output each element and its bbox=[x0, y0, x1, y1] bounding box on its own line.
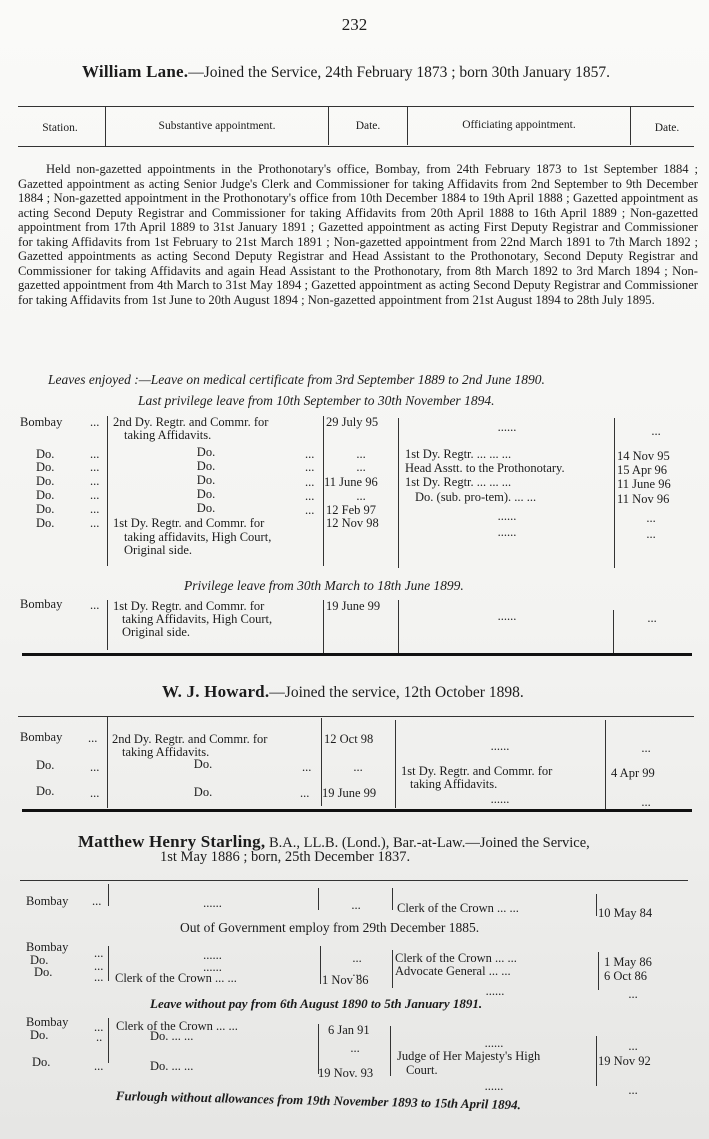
substantive-cell: Do. ... ... bbox=[150, 1060, 316, 1073]
substantive-cell: Do. bbox=[108, 488, 304, 501]
station-cell: Do. bbox=[36, 489, 54, 502]
officer-name: William Lane. bbox=[82, 62, 188, 81]
officiating-date-cell: ... bbox=[616, 612, 688, 625]
date-cell: 19 Nov. 93 bbox=[318, 1067, 373, 1080]
substantive-cell: Clerk of the Crown ... ... bbox=[115, 972, 237, 985]
date-cell: ... bbox=[324, 490, 398, 503]
leaves-enjoyed-note: Leaves enjoyed :—Leave on medical certif… bbox=[48, 372, 545, 388]
substantive-cell-cont: Original side. bbox=[124, 544, 192, 557]
station-cell: Do. bbox=[36, 759, 54, 772]
officiating-date-cell: ... bbox=[598, 1040, 668, 1053]
officiating-date-cell: 19 Nov 92 bbox=[598, 1055, 651, 1068]
officiating-date-cell: 14 Nov 95 bbox=[617, 450, 670, 463]
date-cell: ... bbox=[322, 761, 394, 774]
column-header-officiating-date: Date. bbox=[632, 122, 702, 134]
date-cell: 29 July 95 bbox=[326, 416, 378, 429]
column-header-station: Station. bbox=[24, 122, 96, 134]
date-cell: 19 June 99 bbox=[326, 600, 380, 613]
column-divider bbox=[598, 952, 599, 990]
column-header-officiating: Officiating appointment. bbox=[408, 119, 630, 131]
station-cell: Do. bbox=[36, 475, 54, 488]
page-number: 232 bbox=[0, 15, 709, 35]
column-divider bbox=[398, 418, 399, 568]
column-divider bbox=[392, 888, 393, 910]
station-cell: Do. bbox=[36, 517, 54, 530]
substantive-cell: ...... bbox=[110, 897, 315, 910]
column-divider bbox=[107, 600, 108, 650]
officiating-cell: ...... bbox=[400, 421, 614, 434]
officiating-date-cell: ... bbox=[616, 425, 696, 438]
station-cell: Bombay bbox=[20, 731, 62, 744]
column-divider bbox=[320, 946, 321, 984]
date-cell: 12 Nov 98 bbox=[326, 517, 379, 530]
column-divider bbox=[108, 1018, 109, 1063]
station-cell: Do. bbox=[36, 785, 54, 798]
officiating-date-cell: 4 Apr 99 bbox=[611, 767, 655, 780]
leave-without-pay-note: Leave without pay from 6th August 1890 t… bbox=[150, 996, 482, 1012]
substantive-cell-cont: Original side. bbox=[122, 626, 190, 639]
officiating-date-cell: 1 May 86 bbox=[604, 956, 652, 969]
officiating-cell-cont: Court. bbox=[406, 1064, 438, 1077]
officiating-date-cell: 11 Nov 96 bbox=[617, 493, 669, 506]
officiating-cell: Do. (sub. pro-tem). ... ... bbox=[415, 491, 536, 504]
date-cell: 19 June 99 bbox=[322, 787, 376, 800]
officer-name: W. J. Howard. bbox=[162, 682, 269, 701]
date-cell: ... bbox=[320, 1042, 390, 1055]
column-header-date: Date. bbox=[330, 120, 406, 132]
officiating-cell: Judge of Her Majesty's High bbox=[397, 1050, 540, 1063]
document-page: 232 William Lane.—Joined the Service, 24… bbox=[0, 0, 709, 1139]
substantive-cell: Do. ... ... bbox=[150, 1030, 316, 1043]
column-divider bbox=[108, 884, 109, 906]
date-cell: ... bbox=[322, 952, 392, 965]
privilege-leave-note: Privilege leave from 30th March to 18th … bbox=[184, 578, 464, 594]
table-rule bbox=[20, 880, 688, 881]
paragraph-text: Held non-gazetted appointments in the Pr… bbox=[18, 162, 698, 307]
officer-heading-lane: William Lane.—Joined the Service, 24th F… bbox=[82, 62, 610, 82]
station-cell: Bombay bbox=[20, 416, 62, 429]
officiating-date-cell: 6 Oct 86 bbox=[604, 970, 647, 983]
column-divider bbox=[323, 600, 324, 655]
officiating-cell: ...... bbox=[400, 510, 614, 523]
privilege-leave-note: Last privilege leave from 10th September… bbox=[138, 393, 494, 409]
table-rule bbox=[18, 146, 694, 147]
table-rule bbox=[18, 106, 694, 107]
section-rule bbox=[22, 653, 692, 656]
substantive-cell: Do. bbox=[108, 460, 304, 473]
officiating-date-cell: ... bbox=[606, 796, 686, 809]
officiating-cell: ...... bbox=[396, 793, 604, 806]
substantive-cell: Do. bbox=[108, 502, 304, 515]
officiating-cell: Advocate General ... ... bbox=[395, 965, 595, 978]
date-cell: ... bbox=[320, 899, 392, 912]
station-cell: Do. bbox=[36, 503, 54, 516]
table-rule bbox=[18, 716, 694, 717]
column-divider bbox=[318, 888, 319, 910]
officiating-cell: 1st Dy. Regtr. ... ... ... bbox=[405, 448, 511, 461]
officiating-date-cell: 10 May 84 bbox=[598, 907, 652, 920]
substantive-cell: Do. bbox=[108, 786, 298, 799]
date-cell: 11 June 96 bbox=[324, 476, 378, 489]
service-history-paragraph: Held non-gazetted appointments in the Pr… bbox=[18, 162, 698, 307]
column-header-substantive: Substantive appointment. bbox=[106, 120, 328, 132]
column-divider bbox=[614, 418, 615, 568]
substantive-cell: Do. bbox=[108, 758, 298, 771]
date-cell: 6 Jan 91 bbox=[328, 1024, 370, 1037]
substantive-cell-cont: taking Affidavits. bbox=[124, 429, 211, 442]
officiating-date-cell: 11 June 96 bbox=[617, 478, 671, 491]
officiating-cell: 1st Dy. Regtr. ... ... ... bbox=[405, 476, 511, 489]
officiating-date-cell: ... bbox=[606, 742, 686, 755]
station-cell: Do. bbox=[32, 1056, 50, 1069]
officiating-cell: ...... bbox=[400, 526, 614, 539]
column-divider bbox=[630, 107, 631, 145]
column-divider bbox=[328, 107, 329, 145]
station-cell: Bombay bbox=[20, 598, 62, 611]
column-divider bbox=[108, 946, 109, 981]
officiating-date-cell: ... bbox=[616, 528, 686, 541]
heading-details-line2: 1st May 1886 ; born, 25th December 1837. bbox=[160, 849, 410, 866]
officiating-date-cell: ... bbox=[598, 988, 668, 1001]
column-divider bbox=[398, 600, 399, 655]
substantive-cell: Do. bbox=[108, 446, 304, 459]
column-divider bbox=[596, 894, 597, 916]
officiating-date-cell: ... bbox=[598, 1084, 668, 1097]
station-cell: Do. bbox=[30, 1029, 48, 1042]
date-cell: 12 Oct 98 bbox=[324, 733, 373, 746]
station-cell: Do. bbox=[36, 461, 54, 474]
station-cell: Bombay bbox=[26, 895, 68, 908]
officiating-date-cell: 15 Apr 96 bbox=[617, 464, 667, 477]
station-cell: Do. bbox=[34, 966, 52, 979]
date-cell: 1 Nov 86 bbox=[322, 974, 369, 987]
officiating-cell: ...... bbox=[396, 740, 604, 753]
employment-note: Out of Government employ from 29th Decem… bbox=[180, 921, 479, 934]
heading-details: —Joined the Service, 24th February 1873 … bbox=[188, 64, 610, 81]
column-divider bbox=[390, 1026, 391, 1076]
officiating-cell: Clerk of the Crown ... ... bbox=[397, 902, 595, 915]
officiating-cell: ...... bbox=[392, 1080, 596, 1093]
column-divider bbox=[392, 950, 393, 988]
substantive-cell: Do. bbox=[108, 474, 304, 487]
column-divider bbox=[596, 1036, 597, 1086]
substantive-cell: 1st Dy. Regtr. and Commr. for bbox=[113, 517, 264, 530]
heading-details: —Joined the service, 12th October 1898. bbox=[269, 684, 523, 701]
officiating-cell-cont: taking Affidavits. bbox=[410, 778, 497, 791]
date-cell: ... bbox=[324, 461, 398, 474]
section-rule bbox=[22, 809, 692, 812]
officiating-cell: ...... bbox=[400, 610, 614, 623]
officiating-cell: Head Asstt. to the Prothonotary. bbox=[405, 462, 565, 475]
officiating-date-cell: ... bbox=[616, 512, 686, 525]
officer-heading-howard: W. J. Howard.—Joined the service, 12th O… bbox=[162, 682, 524, 702]
